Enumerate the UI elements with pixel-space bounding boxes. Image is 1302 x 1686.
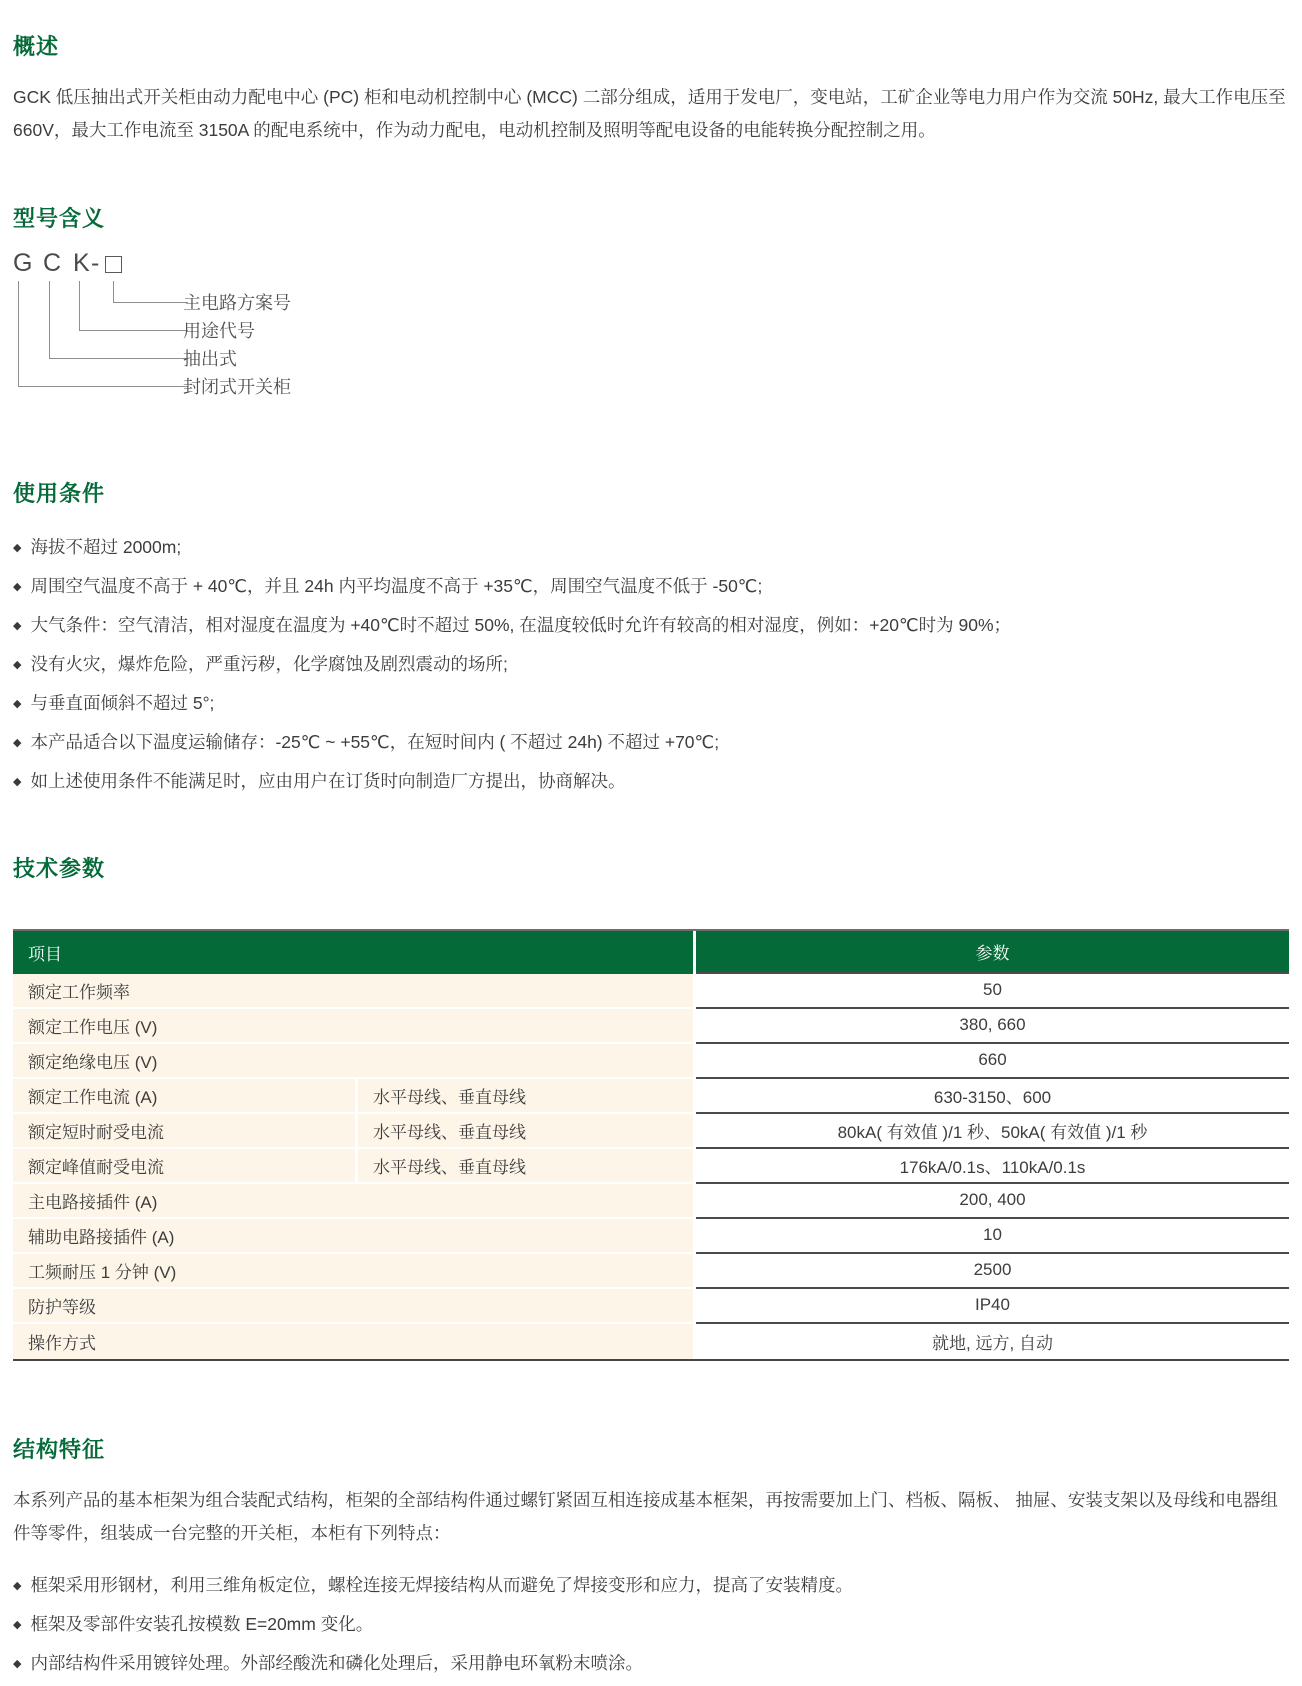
table-header-item: 项目 xyxy=(13,931,693,974)
param-value: 50 xyxy=(696,974,1289,1009)
condition-text: 没有火灾，爆炸危险，严重污秽，化学腐蚀及剧烈震动的场所; xyxy=(30,654,507,674)
list-item: ◆大气条件：空气清洁，相对湿度在温度为 +40℃时不超过 50%, 在温度较低时… xyxy=(13,614,1289,638)
model-meaning-title: 型号含义 xyxy=(13,202,1289,233)
list-item: ◆本产品适合以下温度运输储存：-25℃ ~ +55℃，在短时间内 ( 不超过 2… xyxy=(13,731,1289,755)
param-name: 额定工作频率 xyxy=(13,974,693,1009)
model-code-diagram: G C K - 主电路方案号 用途代号 抽出式 封闭式开关柜 xyxy=(13,249,1289,401)
param-value: 2500 xyxy=(696,1254,1289,1289)
param-value: 10 xyxy=(696,1219,1289,1254)
condition-text: 海拔不超过 2000m; xyxy=(30,537,181,557)
list-item: ◆内部结构件采用镀锌处理。外部经酸洗和磷化处理后，采用静电环氧粉末喷涂。 xyxy=(13,1652,1289,1676)
param-name: 额定工作电流 (A) xyxy=(13,1079,355,1114)
list-item: ◆框架采用形钢材，利用三维角板定位，螺栓连接无焊接结构从而避免了焊接变形和应力，… xyxy=(13,1574,1289,1598)
diamond-bullet-icon: ◆ xyxy=(13,615,21,638)
section-usage-conditions: 使用条件 ◆海拔不超过 2000m; ◆周围空气温度不高于 + 40℃，并且 2… xyxy=(13,477,1289,794)
param-value: 80kA( 有效值 )/1 秒、50kA( 有效值 )/1 秒 xyxy=(696,1114,1289,1149)
section-overview: 概述 GCK 低压抽出式开关柜由动力配电中心 (PC) 柜和电动机控制中心 (M… xyxy=(13,30,1289,148)
list-item: ◆周围空气温度不高于 + 40℃，并且 24h 内平均温度不高于 +35℃，周围… xyxy=(13,575,1289,599)
model-label-enclosed-switchgear: 封闭式开关柜 xyxy=(183,375,291,399)
diamond-bullet-icon: ◆ xyxy=(13,654,21,677)
overview-title: 概述 xyxy=(13,30,1289,61)
list-item: ◆海拔不超过 2000m; xyxy=(13,536,1289,560)
param-name: 辅助电路接插件 (A) xyxy=(13,1219,693,1254)
structure-paragraph: 本系列产品的基本柜架为组合装配式结构，柜架的全部结构件通过螺钉紧固互相连接成基本… xyxy=(13,1484,1289,1551)
model-code-letter-c: C xyxy=(43,249,61,278)
param-name: 主电路接插件 (A) xyxy=(13,1184,693,1219)
diamond-bullet-icon: ◆ xyxy=(13,1653,21,1676)
table-row: 额定工作电压 (V) 380, 660 xyxy=(13,1009,1289,1044)
structure-features-list: ◆框架采用形钢材，利用三维角板定位，螺栓连接无焊接结构从而避免了焊接变形和应力，… xyxy=(13,1574,1289,1676)
table-header-row: 项目 参数 xyxy=(13,931,1289,974)
model-code-letter-k: K xyxy=(73,249,90,278)
model-code-dash: - xyxy=(91,249,99,278)
param-name: 额定绝缘电压 (V) xyxy=(13,1044,693,1079)
parameters-table: 项目 参数 额定工作频率 50 额定工作电压 (V) 380, 660 额定绝缘… xyxy=(13,929,1289,1361)
overview-paragraph: GCK 低压抽出式开关柜由动力配电中心 (PC) 柜和电动机控制中心 (MCC)… xyxy=(13,81,1289,148)
table-row: 额定峰值耐受电流 水平母线、垂直母线 176kA/0.1s、110kA/0.1s xyxy=(13,1149,1289,1184)
list-item: ◆没有火灾，爆炸危险，严重污秽，化学腐蚀及剧烈震动的场所; xyxy=(13,653,1289,677)
param-name: 额定峰值耐受电流 xyxy=(13,1149,355,1184)
param-value: 176kA/0.1s、110kA/0.1s xyxy=(696,1149,1289,1184)
table-row: 额定工作电流 (A) 水平母线、垂直母线 630-3150、600 xyxy=(13,1079,1289,1114)
condition-text: 本产品适合以下温度运输储存：-25℃ ~ +55℃，在短时间内 ( 不超过 24… xyxy=(30,732,719,752)
param-value: 660 xyxy=(696,1044,1289,1079)
usage-conditions-list: ◆海拔不超过 2000m; ◆周围空气温度不高于 + 40℃，并且 24h 内平… xyxy=(13,536,1289,794)
technical-parameters-title: 技术参数 xyxy=(13,852,1289,883)
table-row: 额定绝缘电压 (V) 660 xyxy=(13,1044,1289,1079)
table-row: 额定工作频率 50 xyxy=(13,974,1289,1009)
diamond-bullet-icon: ◆ xyxy=(13,576,21,599)
diamond-bullet-icon: ◆ xyxy=(13,693,21,716)
table-row: 防护等级 IP40 xyxy=(13,1289,1289,1324)
condition-text: 如上述使用条件不能满足时，应由用户在订货时向制造厂方提出，协商解决。 xyxy=(30,771,625,791)
param-value: 630-3150、600 xyxy=(696,1079,1289,1114)
model-label-usage-code: 用途代号 xyxy=(183,319,255,343)
list-item: ◆框架及零部件安装孔按模数 E=20mm 变化。 xyxy=(13,1613,1289,1637)
feature-text: 框架及零部件安装孔按模数 E=20mm 变化。 xyxy=(30,1614,373,1634)
param-name: 工频耐压 1 分钟 (V) xyxy=(13,1254,693,1289)
feature-text: 框架采用形钢材，利用三维角板定位，螺栓连接无焊接结构从而避免了焊接变形和应力，提… xyxy=(30,1575,853,1595)
model-label-main-circuit: 主电路方案号 xyxy=(183,291,291,315)
section-structure-features: 结构特征 本系列产品的基本柜架为组合装配式结构，柜架的全部结构件通过螺钉紧固互相… xyxy=(13,1433,1289,1677)
table-row: 工频耐压 1 分钟 (V) 2500 xyxy=(13,1254,1289,1289)
diamond-bullet-icon: ◆ xyxy=(13,1575,21,1598)
diamond-bullet-icon: ◆ xyxy=(13,1614,21,1637)
table-row: 额定短时耐受电流 水平母线、垂直母线 80kA( 有效值 )/1 秒、50kA(… xyxy=(13,1114,1289,1149)
feature-text: 内部结构件采用镀锌处理。外部经酸洗和磷化处理后，采用静电环氧粉末喷涂。 xyxy=(30,1653,643,1673)
diamond-bullet-icon: ◆ xyxy=(13,771,21,794)
param-value: 就地, 远方, 自动 xyxy=(696,1324,1289,1359)
model-label-drawout-type: 抽出式 xyxy=(183,347,237,371)
param-name: 额定工作电压 (V) xyxy=(13,1009,693,1044)
list-item: ◆如上述使用条件不能满足时，应由用户在订货时向制造厂方提出，协商解决。 xyxy=(13,770,1289,794)
param-subitem: 水平母线、垂直母线 xyxy=(358,1079,693,1114)
list-item: ◆与垂直面倾斜不超过 5°; xyxy=(13,692,1289,716)
usage-conditions-title: 使用条件 xyxy=(13,477,1289,508)
param-value: 380, 660 xyxy=(696,1009,1289,1044)
param-value: 200, 400 xyxy=(696,1184,1289,1219)
condition-text: 大气条件：空气清洁，相对湿度在温度为 +40℃时不超过 50%, 在温度较低时允… xyxy=(30,615,1011,635)
condition-text: 周围空气温度不高于 + 40℃，并且 24h 内平均温度不高于 +35℃，周围空… xyxy=(30,576,762,596)
table-header-value: 参数 xyxy=(696,931,1289,974)
diamond-bullet-icon: ◆ xyxy=(13,732,21,755)
param-name: 额定短时耐受电流 xyxy=(13,1114,355,1149)
param-value: IP40 xyxy=(696,1289,1289,1324)
diamond-bullet-icon: ◆ xyxy=(13,537,21,560)
placeholder-box-icon xyxy=(105,256,122,273)
section-model-meaning: 型号含义 G C K - 主电路方案号 用途代号 抽出式 封闭式开关柜 xyxy=(13,202,1289,401)
param-name: 防护等级 xyxy=(13,1289,693,1324)
table-row: 操作方式 就地, 远方, 自动 xyxy=(13,1324,1289,1359)
table-row: 辅助电路接插件 (A) 10 xyxy=(13,1219,1289,1254)
param-subitem: 水平母线、垂直母线 xyxy=(358,1149,693,1184)
model-code-letter-g: G xyxy=(13,249,32,278)
param-name: 操作方式 xyxy=(13,1324,693,1359)
section-technical-parameters: 技术参数 项目 参数 额定工作频率 50 额定工作电压 (V) 380, 660… xyxy=(13,852,1289,1361)
table-row: 主电路接插件 (A) 200, 400 xyxy=(13,1184,1289,1219)
param-subitem: 水平母线、垂直母线 xyxy=(358,1114,693,1149)
condition-text: 与垂直面倾斜不超过 5°; xyxy=(30,693,214,713)
diagram-connector-line xyxy=(18,281,188,387)
structure-features-title: 结构特征 xyxy=(13,1433,1289,1464)
